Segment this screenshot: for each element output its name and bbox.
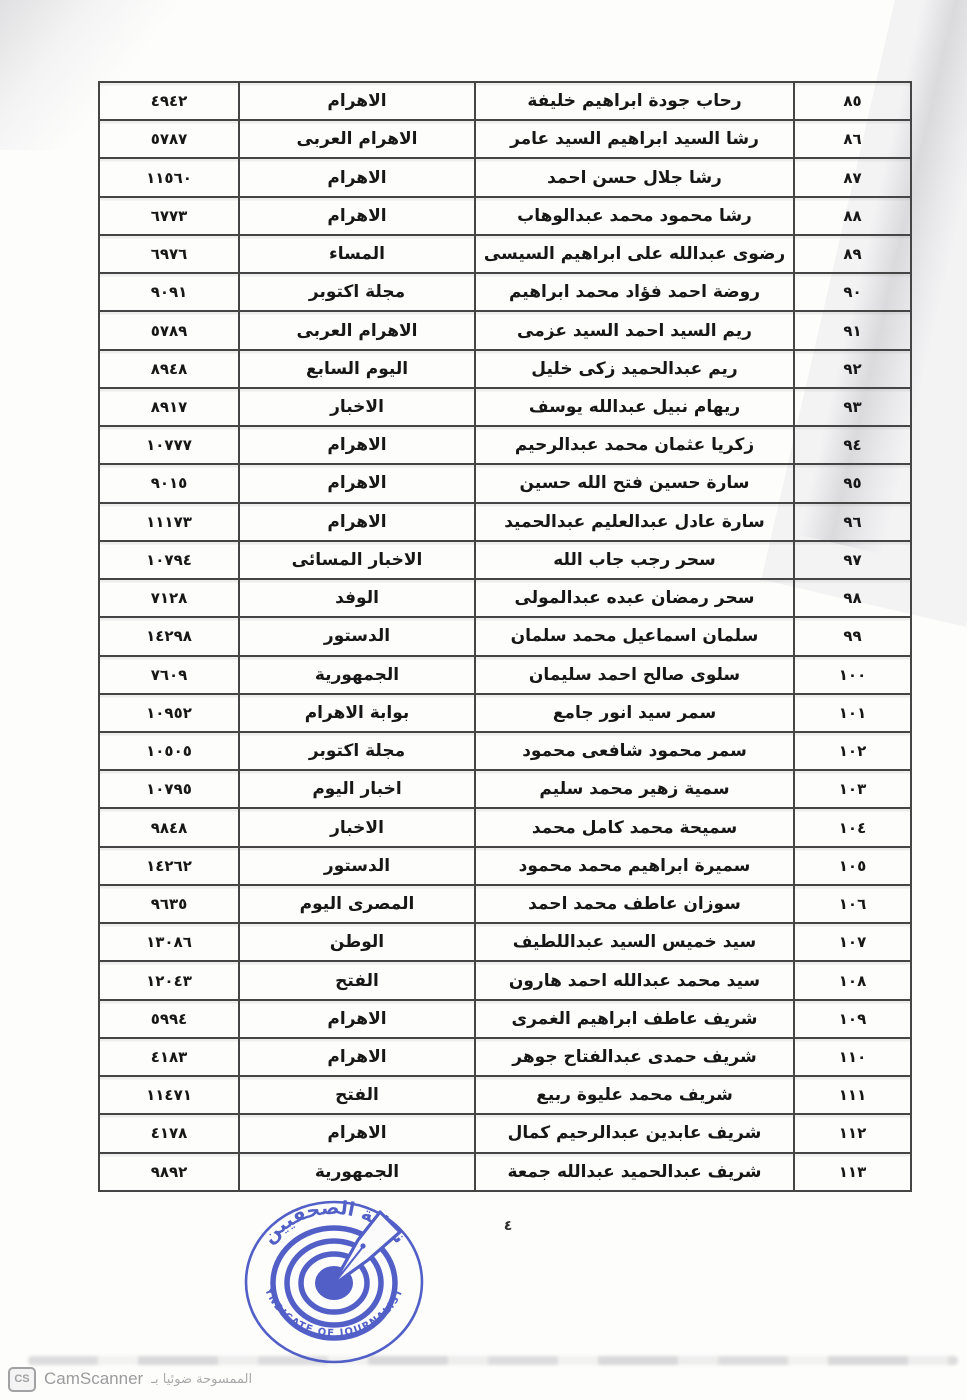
table-row: ١٠٩شريف عاطف ابراهيم الغمرىالاهرام٥٩٩٤	[99, 1000, 911, 1038]
table-row: ٩٤زكريا عثمان محمد عبدالرحيمالاهرام١٠٧٧٧	[99, 426, 911, 464]
cell-membership-number: ١٤٢٦٢	[99, 847, 239, 885]
cell-journalist-name: سميحة محمد كامل محمد	[475, 808, 794, 846]
cell-row-number: ١٠٨	[794, 961, 911, 999]
table-row: ١٠٣سمية زهير محمد سليماخبار اليوم١٠٧٩٥	[99, 770, 911, 808]
table-row: ١١٣شريف عبدالحميد عبدالله جمعةالجمهورية٩…	[99, 1153, 911, 1191]
table-row: ١٠٧سيد خميس السيد عبداللطيفالوطن١٣٠٨٦	[99, 923, 911, 961]
cell-newspaper: الدستور	[239, 847, 475, 885]
cell-row-number: ٩٢	[794, 350, 911, 388]
cell-row-number: ٩٨	[794, 579, 911, 617]
cell-newspaper: الدستور	[239, 617, 475, 655]
journalists-table: ٨٥رحاب جودة ابراهيم خليفةالاهرام٤٩٤٢٨٦رش…	[98, 81, 912, 1192]
cell-row-number: ١٠٦	[794, 885, 911, 923]
cell-newspaper: الجمهورية	[239, 1153, 475, 1191]
cell-membership-number: ٨٩١٧	[99, 388, 239, 426]
cell-row-number: ١٠٥	[794, 847, 911, 885]
cell-journalist-name: سيد محمد عبدالله احمد هارون	[475, 961, 794, 999]
table-row: ١٠٦سوزان عاطف محمد احمدالمصرى اليوم٩٦٣٥	[99, 885, 911, 923]
table-row: ٨٧رشا جلال حسن احمدالاهرام١١٥٦٠	[99, 158, 911, 196]
cell-journalist-name: سارة حسين فتح الله حسين	[475, 464, 794, 502]
cell-newspaper: الاهرام	[239, 464, 475, 502]
cell-journalist-name: ريم عبدالحميد زكى خليل	[475, 350, 794, 388]
cell-journalist-name: سمر محمود شافعى محمود	[475, 732, 794, 770]
syndicate-of-journalists-stamp-icon: نقابة الصحفيين SYNDICATE OF JOURNALISTS	[243, 1199, 425, 1367]
table-row: ١٠٠سلوى صالح احمد سليمانالجمهورية٧٦٠٩	[99, 656, 911, 694]
cell-newspaper: اخبار اليوم	[239, 770, 475, 808]
cell-membership-number: ٥٧٨٩	[99, 311, 239, 349]
cell-row-number: ١١٢	[794, 1114, 911, 1152]
table-row: ٩٠روضة احمد فؤاد محمد ابراهيممجلة اكتوبر…	[99, 273, 911, 311]
cell-newspaper: بوابة الاهرام	[239, 694, 475, 732]
cell-newspaper: الاهرام	[239, 1000, 475, 1038]
table-row: ٩٩سلمان اسماعيل محمد سلمانالدستور١٤٢٩٨	[99, 617, 911, 655]
cell-newspaper: الاهرام	[239, 197, 475, 235]
cell-journalist-name: زكريا عثمان محمد عبدالرحيم	[475, 426, 794, 464]
cell-membership-number: ٧١٢٨	[99, 579, 239, 617]
cell-membership-number: ٩٨٩٢	[99, 1153, 239, 1191]
cell-membership-number: ١٠٩٥٢	[99, 694, 239, 732]
cell-newspaper: الاخبار	[239, 388, 475, 426]
scanned-document-page: ٨٥رحاب جودة ابراهيم خليفةالاهرام٤٩٤٢٨٦رش…	[0, 0, 967, 1400]
cell-journalist-name: سلوى صالح احمد سليمان	[475, 656, 794, 694]
table-row: ٨٨رشا محمود محمد عبدالوهابالاهرام٦٧٧٣	[99, 197, 911, 235]
cell-row-number: ٩٠	[794, 273, 911, 311]
cell-journalist-name: شريف عبدالحميد عبدالله جمعة	[475, 1153, 794, 1191]
table-row: ٩٦سارة عادل عبدالعليم عبدالحميدالاهرام١١…	[99, 503, 911, 541]
cell-journalist-name: ريهام نبيل عبدالله يوسف	[475, 388, 794, 426]
cell-journalist-name: سوزان عاطف محمد احمد	[475, 885, 794, 923]
cell-newspaper: الاخبار	[239, 808, 475, 846]
cell-newspaper: الاهرام	[239, 1038, 475, 1076]
cell-membership-number: ٤٩٤٢	[99, 82, 239, 120]
cell-journalist-name: سارة عادل عبدالعليم عبدالحميد	[475, 503, 794, 541]
table-row: ٩٨سحر رمضان عبده عبدالمولىالوفد٧١٢٨	[99, 579, 911, 617]
cell-journalist-name: سلمان اسماعيل محمد سلمان	[475, 617, 794, 655]
cell-newspaper: الفتح	[239, 961, 475, 999]
cell-row-number: ١١٠	[794, 1038, 911, 1076]
table-row: ١٠٨سيد محمد عبدالله احمد هارونالفتح١٢٠٤٣	[99, 961, 911, 999]
page-number: ٤	[498, 1218, 518, 1234]
cell-row-number: ١٠١	[794, 694, 911, 732]
table-row: ١١٠شريف حمدى عبدالفتاح جوهرالاهرام٤١٨٣	[99, 1038, 911, 1076]
cell-newspaper: الاهرام	[239, 1114, 475, 1152]
cell-newspaper: الاهرام	[239, 82, 475, 120]
cell-membership-number: ٤١٨٣	[99, 1038, 239, 1076]
cell-newspaper: المساء	[239, 235, 475, 273]
camscanner-logo-icon: CS	[8, 1367, 36, 1392]
cell-row-number: ١٠٩	[794, 1000, 911, 1038]
cell-membership-number: ١٢٠٤٣	[99, 961, 239, 999]
table-row: ٩٣ريهام نبيل عبدالله يوسفالاخبار٨٩١٧	[99, 388, 911, 426]
cell-row-number: ١١١	[794, 1076, 911, 1114]
cell-membership-number: ١٠٧٩٥	[99, 770, 239, 808]
table-row: ١٠٤سميحة محمد كامل محمدالاخبار٩٨٤٨	[99, 808, 911, 846]
cell-journalist-name: رحاب جودة ابراهيم خليفة	[475, 82, 794, 120]
cell-row-number: ٩٦	[794, 503, 911, 541]
cell-membership-number: ٧٦٠٩	[99, 656, 239, 694]
cell-row-number: ٨٦	[794, 120, 911, 158]
cell-membership-number: ١٠٧٩٤	[99, 541, 239, 579]
cell-journalist-name: سحر رجب جاب الله	[475, 541, 794, 579]
cell-row-number: ٩٩	[794, 617, 911, 655]
cell-newspaper: الفتح	[239, 1076, 475, 1114]
cell-journalist-name: سيد خميس السيد عبداللطيف	[475, 923, 794, 961]
cell-membership-number: ٩٨٤٨	[99, 808, 239, 846]
cell-journalist-name: روضة احمد فؤاد محمد ابراهيم	[475, 273, 794, 311]
cell-membership-number: ١٤٢٩٨	[99, 617, 239, 655]
cell-newspaper: مجلة اكتوبر	[239, 273, 475, 311]
table-row: ٨٦رشا السيد ابراهيم السيد عامرالاهرام ال…	[99, 120, 911, 158]
cell-membership-number: ٩٦٣٥	[99, 885, 239, 923]
cell-membership-number: ١٣٠٨٦	[99, 923, 239, 961]
table-row: ٩٢ريم عبدالحميد زكى خليلاليوم السابع٨٩٤٨	[99, 350, 911, 388]
cell-journalist-name: شريف عابدين عبدالرحيم كمال	[475, 1114, 794, 1152]
cell-row-number: ٨٥	[794, 82, 911, 120]
cell-row-number: ٩٥	[794, 464, 911, 502]
cell-membership-number: ٦٧٧٣	[99, 197, 239, 235]
cell-newspaper: الاهرام	[239, 426, 475, 464]
cell-membership-number: ١٠٥٠٥	[99, 732, 239, 770]
cell-membership-number: ٤١٧٨	[99, 1114, 239, 1152]
cell-newspaper: الاخبار المسائى	[239, 541, 475, 579]
cell-row-number: ١٠٠	[794, 656, 911, 694]
cell-membership-number: ٥٧٨٧	[99, 120, 239, 158]
cell-journalist-name: شريف عاطف ابراهيم الغمرى	[475, 1000, 794, 1038]
cell-row-number: ٩٤	[794, 426, 911, 464]
camscanner-arabic-label: الممسوحة ضوئيا بـ	[151, 1372, 252, 1387]
cell-journalist-name: رشا السيد ابراهيم السيد عامر	[475, 120, 794, 158]
table-row: ٩٥سارة حسين فتح الله حسينالاهرام٩٠١٥	[99, 464, 911, 502]
cell-row-number: ٨٧	[794, 158, 911, 196]
cell-newspaper: الوفد	[239, 579, 475, 617]
cell-membership-number: ١١١٧٣	[99, 503, 239, 541]
cell-membership-number: ٥٩٩٤	[99, 1000, 239, 1038]
cell-membership-number: ٨٩٤٨	[99, 350, 239, 388]
cell-journalist-name: رشا جلال حسن احمد	[475, 158, 794, 196]
cell-journalist-name: شريف محمد عليوة ربيع	[475, 1076, 794, 1114]
cell-row-number: ١٠٣	[794, 770, 911, 808]
table-row: ٩١ريم السيد احمد السيد عزمىالاهرام العرب…	[99, 311, 911, 349]
cell-row-number: ٨٨	[794, 197, 911, 235]
cell-row-number: ١٠٢	[794, 732, 911, 770]
cell-journalist-name: ريم السيد احمد السيد عزمى	[475, 311, 794, 349]
cell-membership-number: ١٠٧٧٧	[99, 426, 239, 464]
table-row: ٨٩رضوى عبدالله على ابراهيم السيسىالمساء٦…	[99, 235, 911, 273]
cell-row-number: ١٠٤	[794, 808, 911, 846]
cell-membership-number: ٦٩٧٦	[99, 235, 239, 273]
cell-row-number: ٨٩	[794, 235, 911, 273]
table-row: ١٠٥سميرة ابراهيم محمد محمودالدستور١٤٢٦٢	[99, 847, 911, 885]
cell-newspaper: اليوم السابع	[239, 350, 475, 388]
cell-journalist-name: سحر رمضان عبده عبدالمولى	[475, 579, 794, 617]
camscanner-footer: CS CamScanner الممسوحة ضوئيا بـ	[8, 1364, 252, 1394]
cell-journalist-name: سمر سيد انور جامع	[475, 694, 794, 732]
cell-row-number: ٩٧	[794, 541, 911, 579]
cell-journalist-name: رضوى عبدالله على ابراهيم السيسى	[475, 235, 794, 273]
cell-row-number: ١١٣	[794, 1153, 911, 1191]
cell-membership-number: ٩٠٩١	[99, 273, 239, 311]
cell-membership-number: ١١٤٧١	[99, 1076, 239, 1114]
cell-newspaper: مجلة اكتوبر	[239, 732, 475, 770]
cell-newspaper: الاهرام العربى	[239, 120, 475, 158]
cell-newspaper: المصرى اليوم	[239, 885, 475, 923]
cell-newspaper: الجمهورية	[239, 656, 475, 694]
table-row: ١٠١سمر سيد انور جامعبوابة الاهرام١٠٩٥٢	[99, 694, 911, 732]
cell-row-number: ٩١	[794, 311, 911, 349]
cell-journalist-name: رشا محمود محمد عبدالوهاب	[475, 197, 794, 235]
cell-membership-number: ٩٠١٥	[99, 464, 239, 502]
cell-journalist-name: شريف حمدى عبدالفتاح جوهر	[475, 1038, 794, 1076]
cell-journalist-name: سمية زهير محمد سليم	[475, 770, 794, 808]
table-row: ٨٥رحاب جودة ابراهيم خليفةالاهرام٤٩٤٢	[99, 82, 911, 120]
table-row: ١١١شريف محمد عليوة ربيعالفتح١١٤٧١	[99, 1076, 911, 1114]
cell-row-number: ٩٣	[794, 388, 911, 426]
cell-row-number: ١٠٧	[794, 923, 911, 961]
camscanner-brand-label: CamScanner	[44, 1369, 143, 1389]
cell-newspaper: الوطن	[239, 923, 475, 961]
table-row: ١٠٢سمر محمود شافعى محمودمجلة اكتوبر١٠٥٠٥	[99, 732, 911, 770]
cell-newspaper: الاهرام العربى	[239, 311, 475, 349]
table-row: ١١٢شريف عابدين عبدالرحيم كمالالاهرام٤١٧٨	[99, 1114, 911, 1152]
cell-membership-number: ١١٥٦٠	[99, 158, 239, 196]
cell-newspaper: الاهرام	[239, 158, 475, 196]
table-row: ٩٧سحر رجب جاب اللهالاخبار المسائى١٠٧٩٤	[99, 541, 911, 579]
cell-newspaper: الاهرام	[239, 503, 475, 541]
cell-journalist-name: سميرة ابراهيم محمد محمود	[475, 847, 794, 885]
